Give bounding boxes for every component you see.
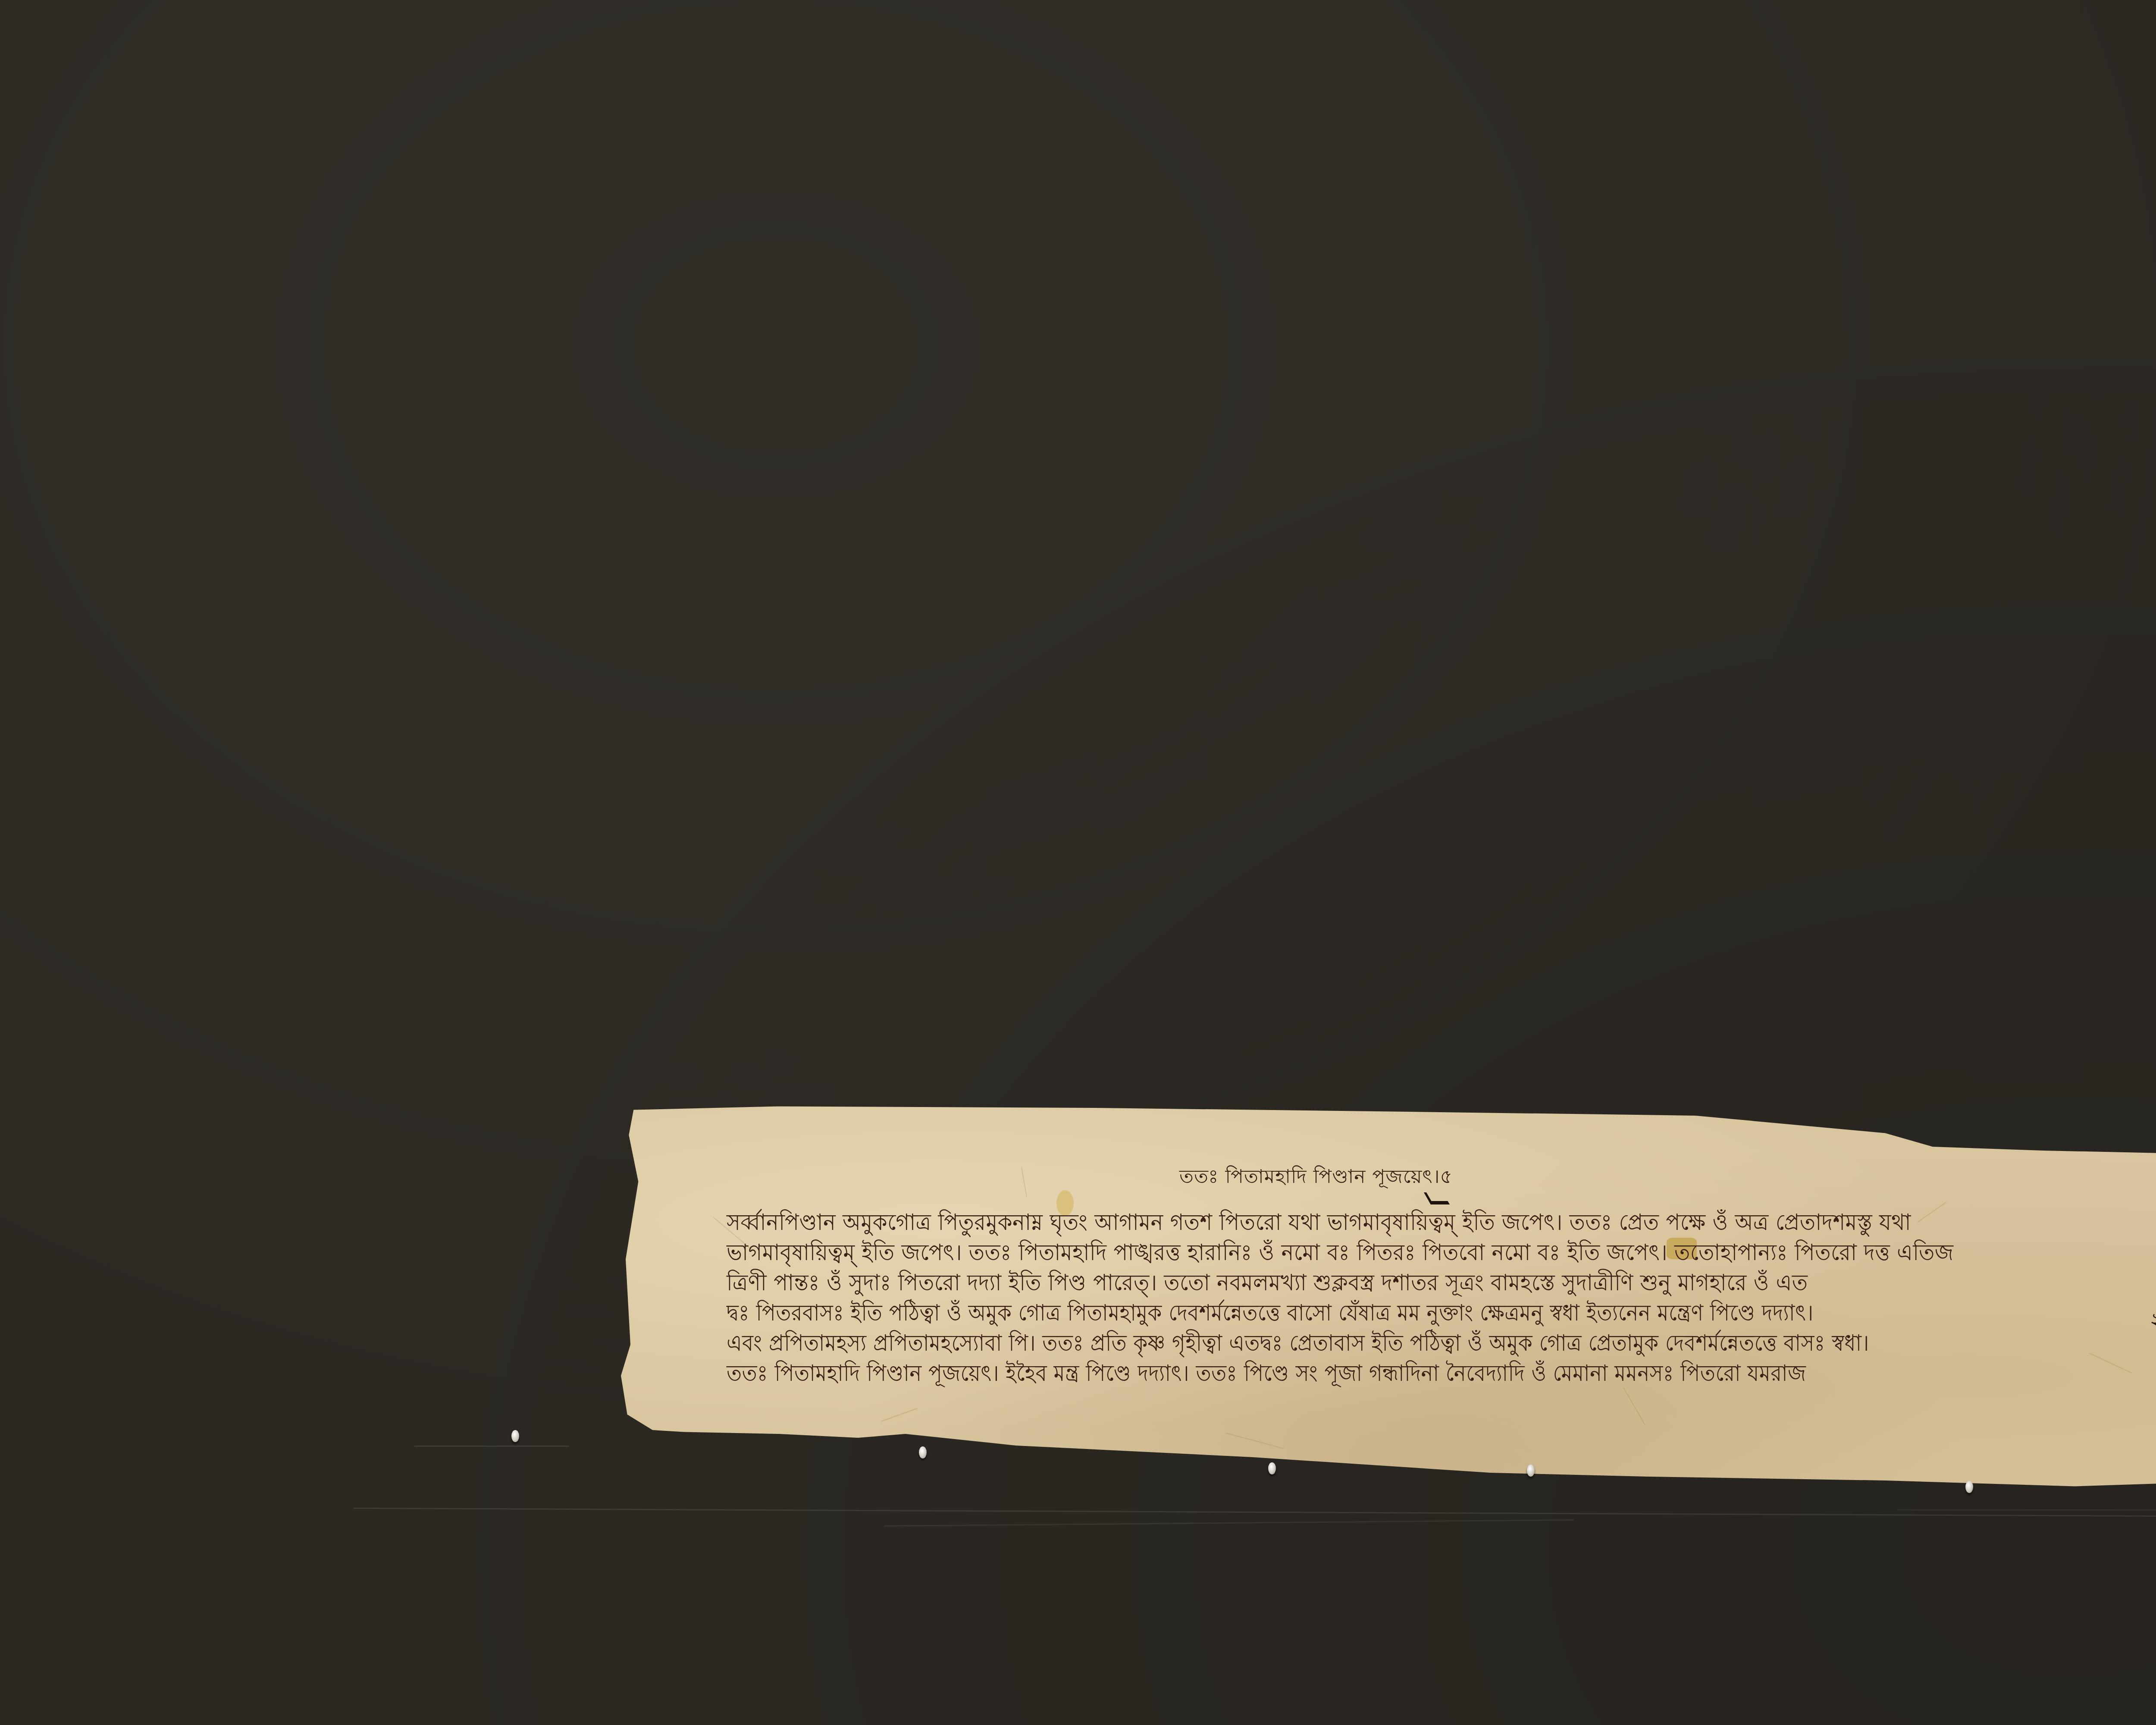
display-board: ততঃ পিতামহাদি পিণ্ডান পূজয়েৎ।৫ সর্ব্বান… (0, 0, 2156, 1725)
pin-icon (511, 1430, 519, 1442)
text-line-4: দ্বঃ পিতরবাসঃ ইতি পঠিত্বা ওঁ অমুক গোত্র … (727, 1300, 1814, 1326)
text-line-3: ত্রিণী পান্তঃ ওঁ সুদাঃ পিতরো দদ্যা ইতি প… (727, 1270, 1808, 1296)
top-mark (1424, 1192, 1450, 1204)
pin-icon (1527, 1465, 1535, 1477)
manuscript-header: ততঃ পিতামহাদি পিণ্ডান পূজয়েৎ।৫ (1179, 1162, 1453, 1194)
pin-icon (1268, 1462, 1276, 1474)
text-line-5: এবং প্রপিতামহস্য প্রপিতামহস্যোবা পি। ততঃ… (727, 1330, 1869, 1356)
pin-icon (919, 1446, 927, 1458)
board-thread (354, 1508, 2156, 1517)
manuscript-leaf: ততঃ পিতামহাদি পিণ্ডান পূজয়েৎ।৫ সর্ব্বান… (621, 1104, 2156, 1492)
board-thread (1897, 1509, 2156, 1511)
text-line-6: ততঃ পিতামহাদি পিণ্ডান পূজয়েৎ। ইহৈব মন্ত… (727, 1361, 1806, 1386)
text-line-1: সর্ব্বানপিণ্ডান অমুকগোত্র পিতুরমুকনাম্ন … (727, 1210, 1911, 1236)
board-thread (884, 1519, 1574, 1527)
pin-icon (1965, 1481, 1973, 1493)
board-thread (414, 1446, 569, 1447)
folio-number: ২৬ (2150, 1305, 2156, 1340)
text-line-2: ভাগমাবৃষায়িত্বম্ ইতি জপেৎ। ততঃ পিতামহাদ… (727, 1240, 1954, 1266)
